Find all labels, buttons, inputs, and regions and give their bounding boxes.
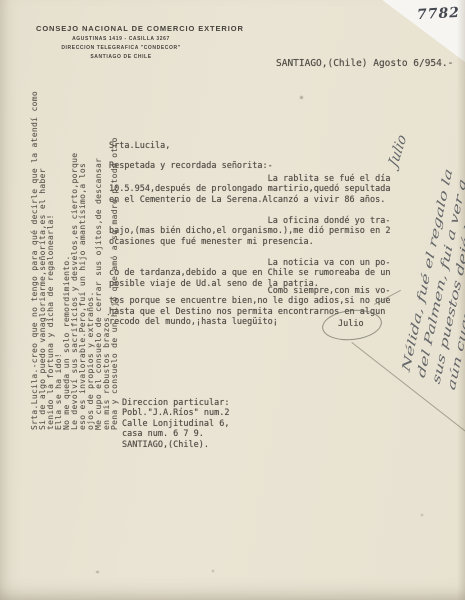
address-line: Direccion particular: <box>122 398 229 408</box>
address-line: Pobl."J.A.Ríos" num.2 <box>122 408 229 418</box>
dateline: SANTIAGO,(Chile) Agosto 6/954.- <box>276 58 453 69</box>
greeting-line: Respetada y recordada señorita:- <box>109 161 273 171</box>
address-line: SANTIAGO,(Chile). <box>122 440 229 450</box>
paper-speck <box>300 96 303 99</box>
paper-speck <box>212 570 214 572</box>
handwritten-margin-note: Nélida, fué el regalo la del Palmen, fui… <box>398 118 465 392</box>
archive-number: 7782 <box>417 5 461 23</box>
address-block: Direccion particular: Pobl."J.A.Ríos" nu… <box>122 398 229 450</box>
paper-speck <box>96 571 99 573</box>
body-paragraph-3: La noticia va con un po- co de tardanza,… <box>109 258 390 289</box>
body-paragraph-1: La rablita se fué el día 10.5.954,despué… <box>109 174 390 205</box>
salutation: Srta.Lucila, <box>109 141 170 151</box>
address-line: Calle Lonjitudinal 6, <box>122 419 229 429</box>
handwritten-scribble: Julio <box>386 132 410 171</box>
paper-speck <box>421 514 423 516</box>
letter-page: 7782 CONSEJO NACIONAL DE COMERCIO EXTERI… <box>0 0 465 600</box>
vertical-margin-note: Srta.Lucila.-creo que no tengo para qué … <box>31 10 119 430</box>
address-line: casa num. 6 7 9. <box>122 429 229 439</box>
body-paragraph-2: La oficina dondé yo tra- bajo,(mas bién … <box>109 216 390 247</box>
